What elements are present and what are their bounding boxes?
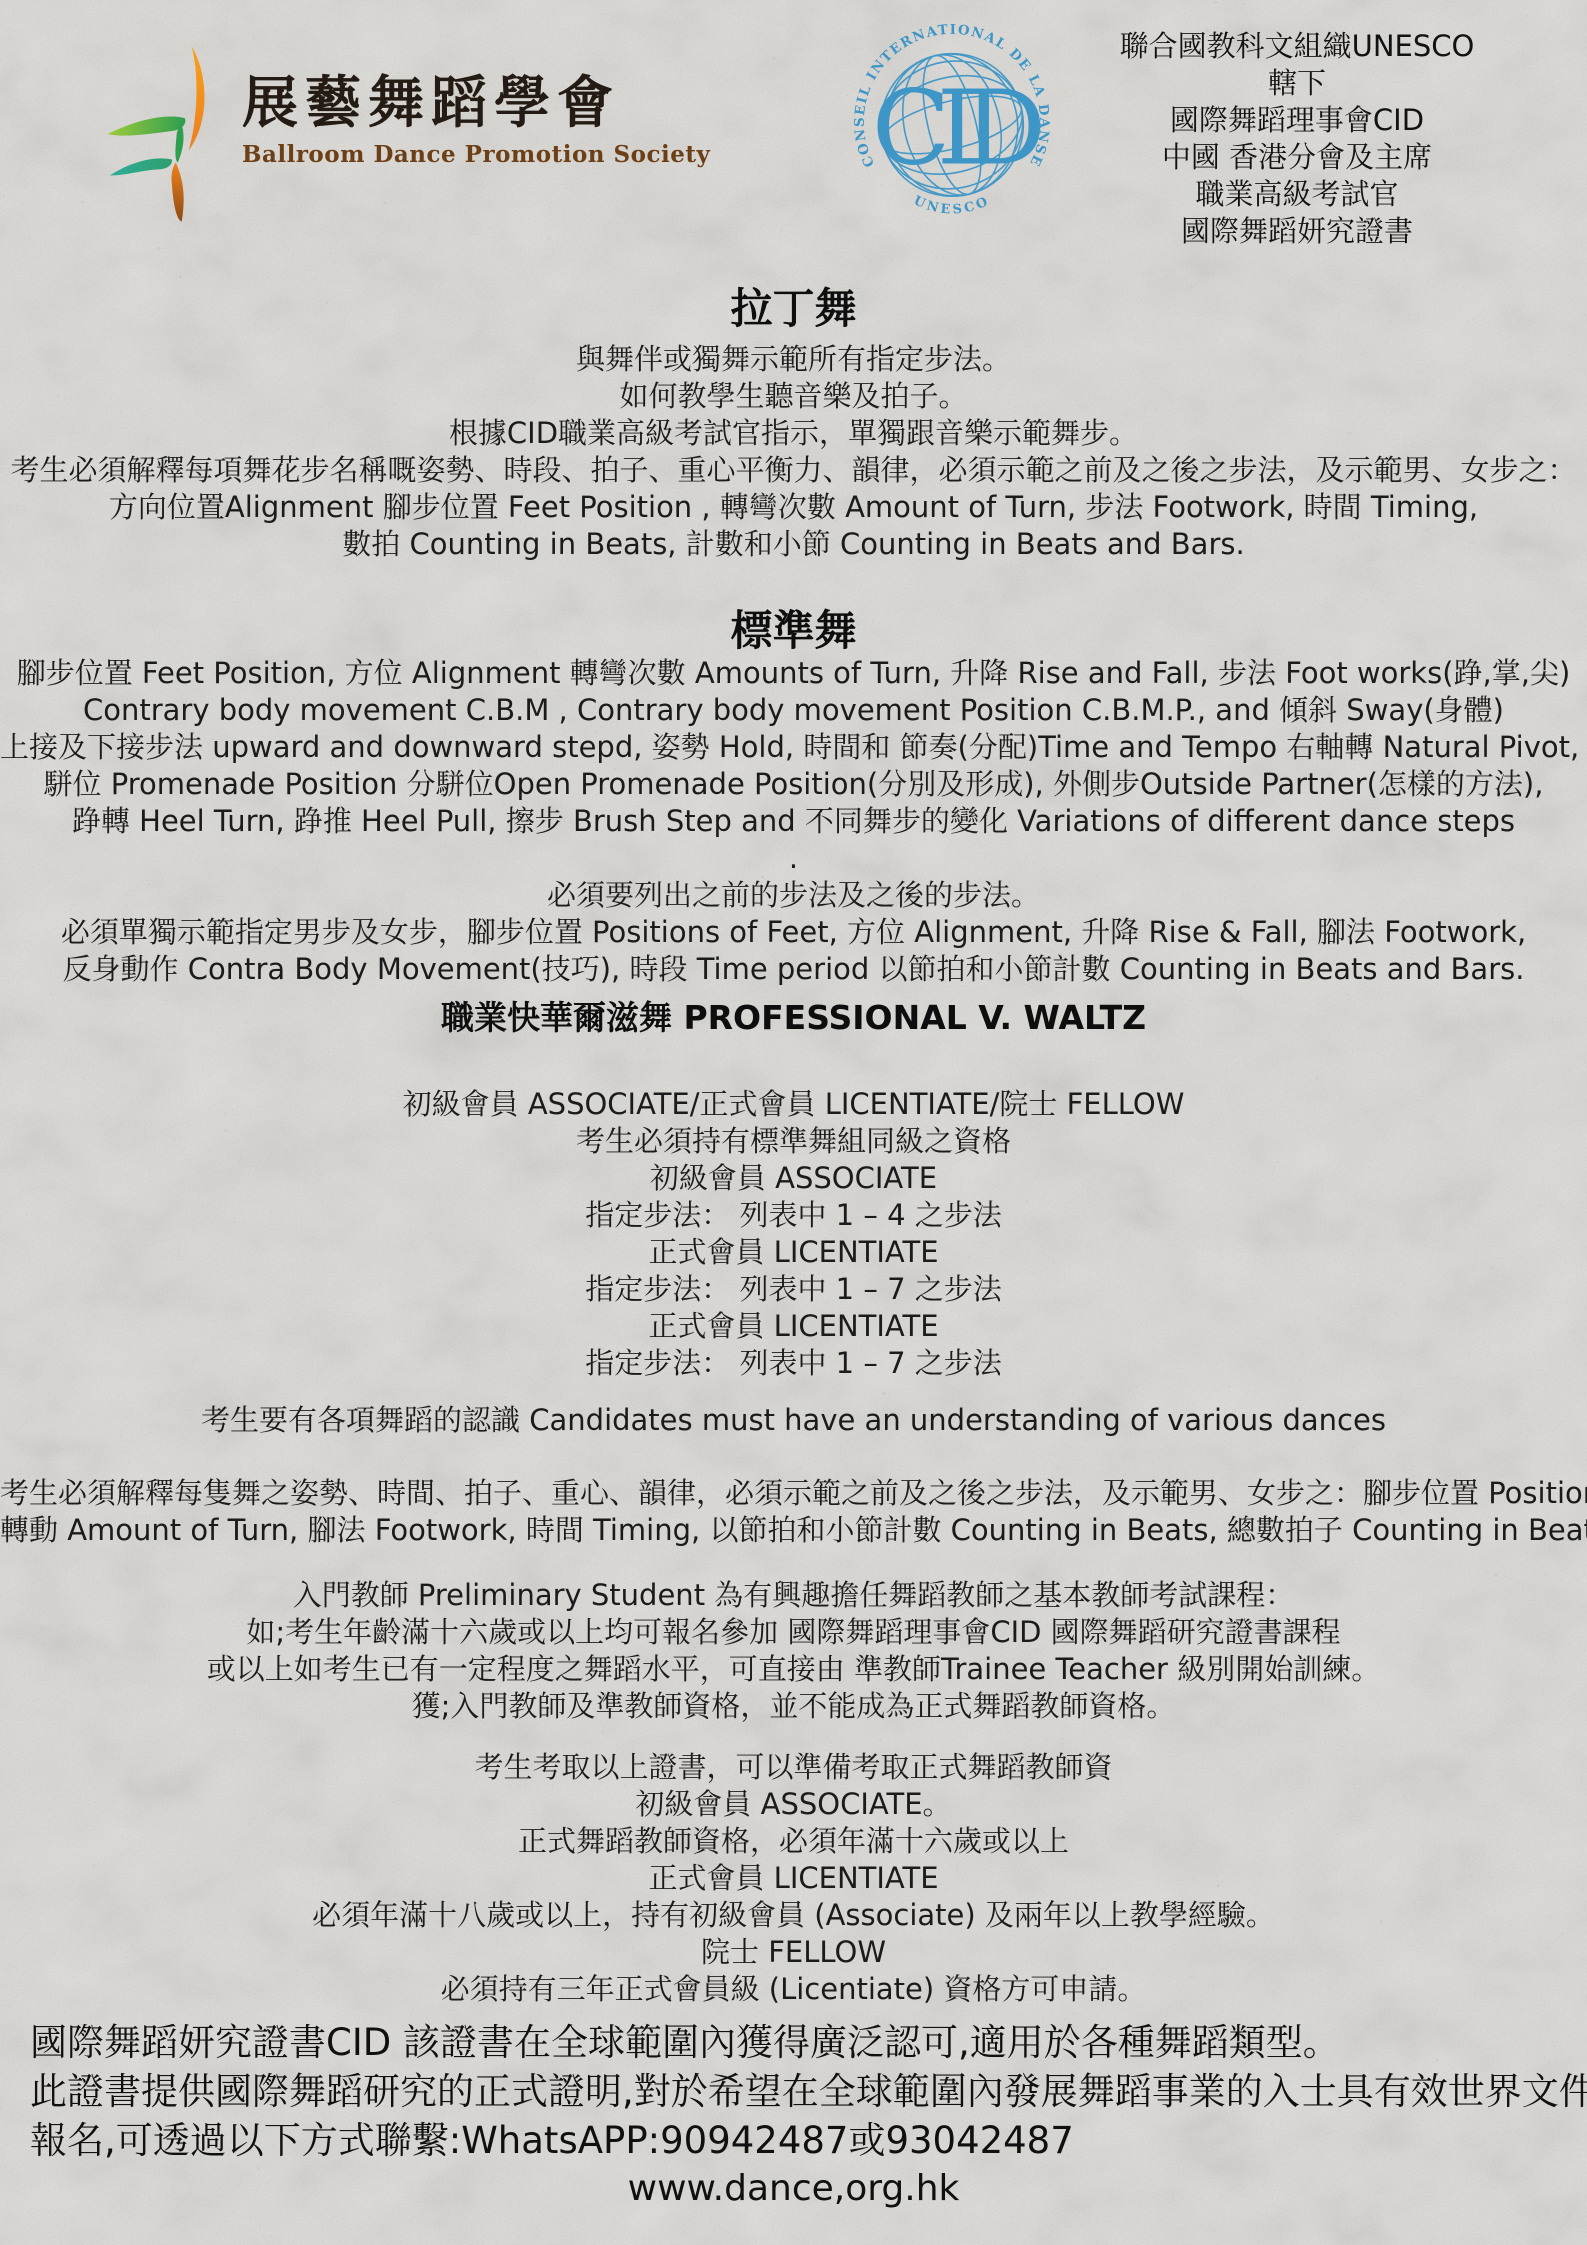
text-line: 正式舞蹈教師資格，必須年滿十六歲或以上: [0, 1823, 1587, 1860]
section-explain: 考生必須解釋每隻舞之姿勢、時間、拍子、重心、韻律，必須示範之前及之後之步法，及示…: [0, 1475, 1587, 1549]
section-understanding: 考生要有各項舞蹈的認識 Candidates must have an unde…: [0, 1402, 1587, 1439]
text-line: 指定步法： 列表中 1 – 4 之步法: [0, 1197, 1587, 1234]
text-line: 考生要有各項舞蹈的認識 Candidates must have an unde…: [0, 1402, 1587, 1439]
text-line: 報名,可透過以下方式聯繫:WhatsAPP:90942487或93042487: [30, 2116, 1587, 2165]
text-line: 考生必須持有標準舞組同級之資格: [0, 1123, 1587, 1160]
section-title-standard: 標準舞: [0, 607, 1587, 655]
flyer: 展藝舞蹈學會 Ballroom Dance Promotion Society …: [0, 0, 1587, 2245]
text-line: 數拍 Counting in Beats, 計數和小節 Counting in …: [0, 526, 1587, 563]
text-line: 獲;入門教師及準教師資格，並不能成為正式舞蹈教師資格。: [0, 1688, 1587, 1725]
text-line: 正式會員 LICENTIATE: [0, 1234, 1587, 1271]
text-line: 院士 FELLOW: [0, 1934, 1587, 1971]
text-line: 正式會員 LICENTIATE: [0, 1860, 1587, 1897]
text-line: 必須持有三年正式會員級 (Licentiate) 資格方可申請。: [0, 1971, 1587, 2008]
section-teacher-path: 考生考取以上證書，可以準備考取正式舞蹈教師資初級會員 ASSOCIATE。正式舞…: [0, 1749, 1587, 2008]
text-line: 如;考生年齡滿十六歲或以上均可報名參加 國際舞蹈理事會CID 國際舞蹈研究證書課…: [0, 1614, 1587, 1651]
text-line: 考生考取以上證書，可以準備考取正式舞蹈教師資: [0, 1749, 1587, 1786]
text-line: 與舞伴或獨舞示範所有指定步法。: [0, 341, 1587, 378]
text-line: 必須要列出之前的步法及之後的步法。: [0, 877, 1587, 914]
text-line: 反身動作 Contra Body Movement(技巧), 時段 Time p…: [0, 951, 1587, 988]
text-line: Contrary body movement C.B.M , Contrary …: [0, 692, 1587, 729]
text-line: 指定步法： 列表中 1 – 7 之步法: [0, 1345, 1587, 1382]
text-line: 必須單獨示範指定男步及女步，腳步位置 Positions of Feet, 方位…: [0, 914, 1587, 951]
text-line: 根據CID職業高級考試官指示，單獨跟音樂示範舞步。: [0, 415, 1587, 452]
text-line: .: [0, 840, 1587, 877]
text-line: 方向位置Alignment 腳步位置 Feet Position , 轉彎次數 …: [0, 489, 1587, 526]
main-text-column: 拉丁舞 與舞伴或獨舞示範所有指定步法。如何教學生聽音樂及拍子。根據CID職業高級…: [0, 0, 1587, 2211]
section-preliminary: 入門教師 Preliminary Student 為有興趣擔任舞蹈教師之基本教師…: [0, 1577, 1587, 1725]
text-line: 此證書提供國際舞蹈研究的正式證明,對於希望在全球範圍內發展舞蹈事業的入士具有效世…: [30, 2067, 1587, 2116]
section-waltz-lines: 初級會員 ASSOCIATE/正式會員 LICENTIATE/院士 FELLOW…: [0, 1086, 1587, 1382]
text-line: 正式會員 LICENTIATE: [0, 1308, 1587, 1345]
section-standard-lines: 腳步位置 Feet Position, 方位 Alignment 轉彎次數 Am…: [0, 655, 1587, 988]
text-line: 必須年滿十八歲或以上，持有初級會員 (Associate) 及兩年以上教學經驗。: [0, 1897, 1587, 1934]
text-line: 腳步位置 Feet Position, 方位 Alignment 轉彎次數 Am…: [0, 655, 1587, 692]
text-line: 轉動 Amount of Turn, 腳法 Footwork, 時間 Timin…: [0, 1512, 1587, 1549]
text-line: 指定步法： 列表中 1 – 7 之步法: [0, 1271, 1587, 1308]
text-line: 入門教師 Preliminary Student 為有興趣擔任舞蹈教師之基本教師…: [0, 1577, 1587, 1614]
section-title-waltz: 職業快華爾滋舞 PROFESSIONAL V. WALTZ: [0, 998, 1587, 1038]
text-line: 上接及下接步法 upward and downward stepd, 姿勢 Ho…: [0, 729, 1587, 766]
website-text: www.dance,org.hk: [0, 2167, 1587, 2211]
text-line: 考生必須解釋每隻舞之姿勢、時間、拍子、重心、韻律，必須示範之前及之後之步法，及示…: [0, 1475, 1587, 1512]
text-line: 初級會員 ASSOCIATE: [0, 1160, 1587, 1197]
footer-block: 國際舞蹈妍究證書CID 該證書在全球範圍內獲得廣泛認可,適用於各種舞蹈類型。此證…: [0, 2018, 1587, 2165]
section-latin-lines: 與舞伴或獨舞示範所有指定步法。如何教學生聽音樂及拍子。根據CID職業高級考試官指…: [0, 341, 1587, 563]
text-line: 國際舞蹈妍究證書CID 該證書在全球範圍內獲得廣泛認可,適用於各種舞蹈類型。: [30, 2018, 1587, 2067]
text-line: 考生必須解釋每項舞花步名稱嘅姿勢、時段、拍子、重心平衡力、韻律，必須示範之前及之…: [0, 452, 1587, 489]
text-line: 踭轉 Heel Turn, 踭推 Heel Pull, 擦步 Brush Ste…: [0, 803, 1587, 840]
text-line: 初級會員 ASSOCIATE。: [0, 1786, 1587, 1823]
text-line: 駢位 Promenade Position 分駢位Open Promenade …: [0, 766, 1587, 803]
text-line: 初級會員 ASSOCIATE/正式會員 LICENTIATE/院士 FELLOW: [0, 1086, 1587, 1123]
text-line: 如何教學生聽音樂及拍子。: [0, 378, 1587, 415]
text-line: 或以上如考生已有一定程度之舞蹈水平，可直接由 準教師Trainee Teache…: [0, 1651, 1587, 1688]
section-title-latin: 拉丁舞: [0, 285, 1587, 333]
